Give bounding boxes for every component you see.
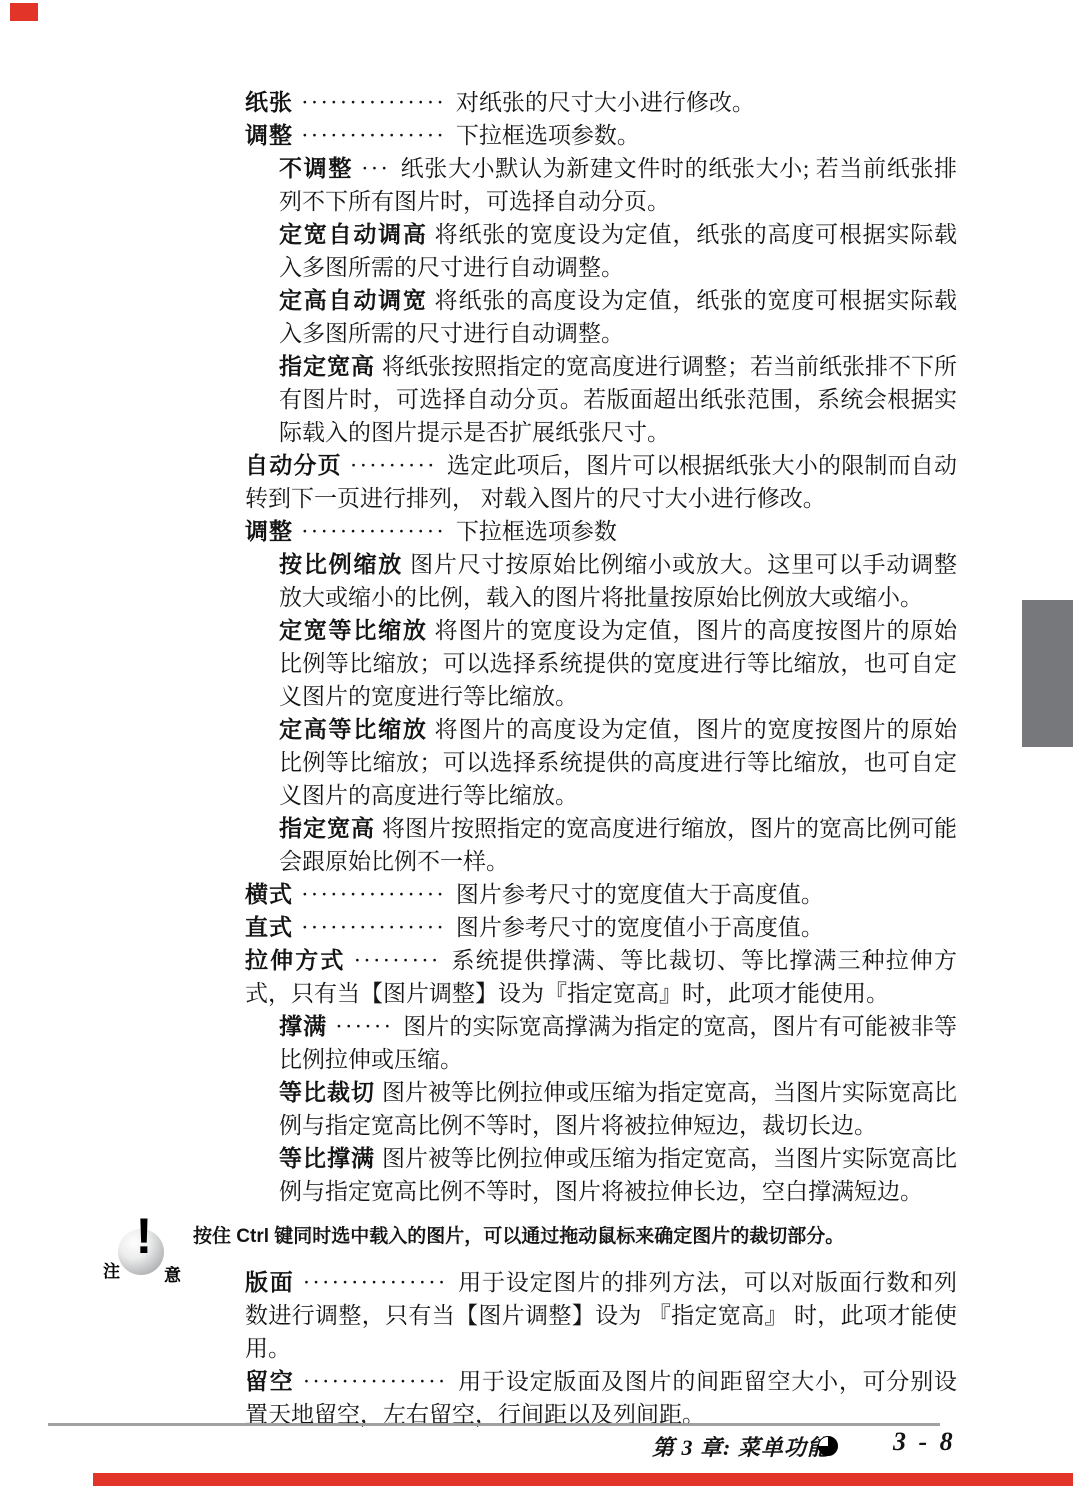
entry-margins: 留空···············用于设定版面及图片的间距留空大小，可分别设置天… (245, 1365, 957, 1431)
red-edge-mark-top (10, 3, 38, 21)
footer-chapter-title: 第 3 章: 菜单功能 (652, 1431, 830, 1462)
footer-rule (48, 1423, 940, 1426)
entry-no-adjust: 不调整···纸张大小默认为新建文件时的纸张大小; 若当前纸张排列不下所有图片时，… (279, 152, 957, 218)
entry-description: 图片被等比例拉伸或压缩为指定宽高，当图片实际宽高比例与指定宽高比例不等时，图片将… (279, 1080, 957, 1138)
entry-term: 指定宽高 (279, 815, 375, 841)
entry-description: 对纸张的尺寸大小进行修改。 (456, 90, 755, 115)
exclamation-icon: ! (134, 1211, 154, 1261)
entry-paper: 纸张···············对纸张的尺寸大小进行修改。 (245, 86, 957, 119)
entry-adjust: 调整···············下拉框选项参数。 (245, 119, 957, 152)
entry-description: 下拉框选项参数。 (456, 123, 640, 148)
entry-term: 拉伸方式 (245, 947, 346, 973)
entry-fill: 撑满······图片的实际宽高撑满为指定的宽高，图片有可能被非等比例拉伸或压缩。 (279, 1010, 957, 1076)
entry-term: 纸张 (245, 89, 293, 115)
entry-term: 定宽自动调高 (279, 221, 428, 247)
dot-leader: ··············· (301, 915, 446, 940)
dot-leader: ········· (350, 453, 437, 478)
entry-layout: 版面···············用于设定图片的排列方法，可以对版面行数和列数进… (245, 1266, 957, 1365)
entry-term: 调整 (245, 518, 293, 544)
entry-term: 等比裁切 (279, 1079, 375, 1105)
entry-crop-proportional: 等比裁切图片被等比例拉伸或压缩为指定宽高，当图片实际宽高比例与指定宽高比例不等时… (279, 1076, 957, 1142)
entry-term: 定高自动调宽 (279, 287, 428, 313)
dot-leader: ··· (361, 156, 390, 181)
caution-note-text: 按住 Ctrl 键同时选中载入的图片，可以通过拖动鼠标来确定图片的裁切部分。 (193, 1224, 893, 1250)
entry-description: 系统提供撑满、等比裁切、等比撑满三种拉伸方式，只有当【图片调整】设为『指定宽高』… (245, 948, 957, 1006)
entry-fixed-width-auto-height: 定宽自动调高将纸张的宽度设为定值，纸张的高度可根据实际载入多图所需的尺寸进行自动… (279, 218, 957, 284)
entry-description: 将图片按照指定的宽高度进行缩放，图片的宽高比例可能会跟原始比例不一样。 (279, 816, 957, 874)
entry-description: 图片参考尺寸的宽度值大于高度值。 (456, 882, 824, 907)
dot-leader: ··············· (303, 1369, 448, 1394)
entry-term: 留空 (245, 1368, 295, 1394)
entry-fill-proportional: 等比撑满图片被等比例拉伸或压缩为指定宽高，当图片实际宽高比例与指定宽高比例不等时… (279, 1142, 957, 1208)
entry-description: 图片被等比例拉伸或压缩为指定宽高，当图片实际宽高比例与指定宽高比例不等时，图片将… (279, 1146, 957, 1204)
entry-description: 将纸张按照指定的宽高度进行调整；若当前纸张排不下所有图片时，可选择自动分页。若版… (279, 354, 957, 445)
caution-char-left: 注 (103, 1257, 120, 1282)
entry-term: 调整 (245, 122, 293, 148)
entry-fixed-height-auto-width: 定高自动调宽将纸张的高度设为定值，纸张的宽度可根据实际载入多图所需的尺寸进行自动… (279, 284, 957, 350)
entry-term: 等比撑满 (279, 1145, 375, 1171)
entry-term: 自动分页 (245, 452, 342, 478)
caution-char-right: 意 (164, 1261, 181, 1286)
dot-leader: ··············· (301, 882, 446, 907)
manual-page: 纸张···············对纸张的尺寸大小进行修改。 调整·······… (0, 0, 1073, 1488)
entry-term: 定宽等比缩放 (279, 617, 428, 643)
entry-term: 撑满 (279, 1013, 327, 1039)
three-quarter-circle-icon (818, 1436, 838, 1456)
entry-auto-paging: 自动分页·········选定此项后，图片可以根据纸张大小的限制而自动转到下一页… (245, 449, 957, 515)
dot-leader: ··············· (303, 1270, 448, 1295)
dot-leader: ········· (354, 948, 441, 973)
entry-landscape: 横式···············图片参考尺寸的宽度值大于高度值。 (245, 878, 957, 911)
entry-adjust-2: 调整···············下拉框选项参数 (245, 515, 957, 548)
dot-leader: ··············· (301, 123, 446, 148)
entry-term: 定高等比缩放 (279, 716, 428, 742)
chapter-thumb-tab (1022, 600, 1073, 747)
entry-term: 不调整 (279, 155, 353, 181)
dot-leader: ··············· (301, 90, 446, 115)
entry-fixed-width-scale: 定宽等比缩放将图片的宽度设为定值，图片的高度按图片的原始比例等比缩放；可以选择系… (279, 614, 957, 713)
entry-term: 按比例缩放 (279, 551, 403, 577)
body-column-lower: 版面···············用于设定图片的排列方法，可以对版面行数和列数进… (245, 1266, 957, 1431)
entry-term: 指定宽高 (279, 353, 375, 379)
dot-leader: ··············· (301, 519, 446, 544)
entry-fixed-height-scale: 定高等比缩放将图片的高度设为定值，图片的宽度按图片的原始比例等比缩放；可以选择系… (279, 713, 957, 812)
entry-scale-by-ratio: 按比例缩放图片尺寸按原始比例缩小或放大。这里可以手动调整放大或缩小的比例，载入的… (279, 548, 957, 614)
footer-page-number: 3 - 8 (893, 1427, 956, 1457)
entry-description: 图片参考尺寸的宽度值小于高度值。 (456, 915, 824, 940)
entry-specified-size-image: 指定宽高将图片按照指定的宽高度进行缩放，图片的宽高比例可能会跟原始比例不一样。 (279, 812, 957, 878)
red-edge-bar-bottom (93, 1473, 1073, 1486)
entry-stretch-mode: 拉伸方式·········系统提供撑满、等比裁切、等比撑满三种拉伸方式，只有当【… (245, 944, 957, 1010)
dot-leader: ······ (335, 1014, 393, 1039)
entry-specified-size-paper: 指定宽高将纸张按照指定的宽高度进行调整；若当前纸张排不下所有图片时，可选择自动分… (279, 350, 957, 449)
entry-description: 下拉框选项参数 (456, 519, 617, 544)
entry-term: 直式 (245, 914, 293, 940)
body-column-upper: 纸张···············对纸张的尺寸大小进行修改。 调整·······… (245, 86, 957, 1208)
entry-term: 版面 (245, 1269, 295, 1295)
entry-term: 横式 (245, 881, 293, 907)
entry-portrait: 直式···············图片参考尺寸的宽度值小于高度值。 (245, 911, 957, 944)
